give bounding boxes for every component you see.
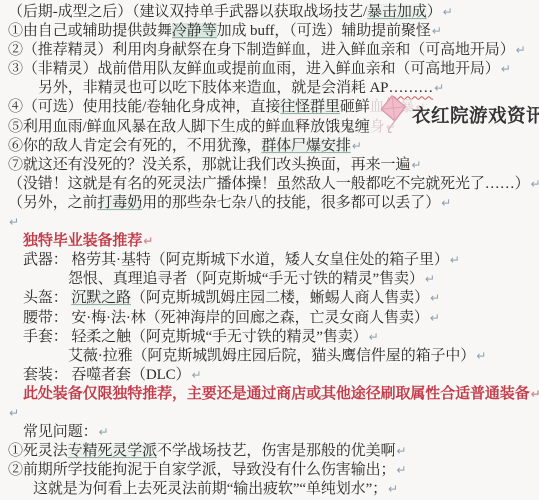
return-mark-icon: ↵ xyxy=(395,463,406,477)
return-mark-icon: ↵ xyxy=(475,349,486,363)
text-line: ①由自己或辅助提供鼓舞冷静等加成 buff，（可选）辅助提前聚怪↵ xyxy=(8,22,539,41)
text-segment: 常见问题： xyxy=(23,424,98,440)
text-segment: 腰带： 安·梅·法·林（死神海岸的回廊之森，亡灵女商人售卖） xyxy=(23,310,429,326)
text-segment: 专精死灵学派 xyxy=(68,443,157,459)
return-mark-icon: ↵ xyxy=(351,139,362,153)
text-segment: 用的那些杂七杂八的技能，很多都可以丢了） xyxy=(142,195,440,211)
return-mark-icon: ↵ xyxy=(142,234,153,248)
return-mark-icon: ↵ xyxy=(431,24,442,38)
text-line: ↵ xyxy=(8,404,539,423)
return-mark-icon: ↵ xyxy=(429,311,440,325)
text-line: 腰带： 安·梅·法·林（死神海岸的回廊之森，亡灵女商人售卖）↵ xyxy=(23,309,539,328)
text-segment: 套装： 吞噬者套（DLC） xyxy=(23,367,190,383)
return-mark-icon: ↵ xyxy=(8,215,19,229)
text-segment: 沉默之路 xyxy=(71,290,131,306)
return-mark-icon: ↵ xyxy=(410,158,421,172)
text-segment: 群体尸爆安排 xyxy=(261,138,350,154)
text-segment: （没错！这就是有名的死灵法广播体操！虽然敌人一般都吃不完就死光了……） xyxy=(8,176,530,192)
text-line: ②前期所学技能拘泥于自家学派，导致没有什么伤害输出；↵ xyxy=(8,461,539,480)
text-line: （没错！这就是有名的死灵法广播体操！虽然敌人一般都吃不完就死光了……）↵ xyxy=(8,175,539,194)
return-mark-icon: ↵ xyxy=(368,330,379,344)
text-segment: ） xyxy=(427,4,442,20)
text-line: 怨恨、真理追寻者（阿克斯城“手无寸铁的精灵”售卖）↵ xyxy=(68,270,539,289)
return-mark-icon: ↵ xyxy=(395,444,406,458)
text-segment: ④（可选）使用技能/卷轴化身成神，直接 xyxy=(8,99,280,115)
text-line: ⑥你的敌人肯定会有死的，不用犹豫，群体尸爆安排↵ xyxy=(8,137,539,156)
text-segment: （后期-成型之后）（建议双持单手武器以获取战场技艺/ xyxy=(8,4,367,20)
return-mark-icon: ↵ xyxy=(530,387,539,401)
text-segment: ②前期所学技能拘泥于自家学派，导致没有什么伤害输出； xyxy=(8,462,395,478)
text-segment: 砸鲜 xyxy=(340,99,370,115)
text-segment: （阿克斯城凯姆庄园二楼，蜥蜴人商人售卖） xyxy=(131,290,429,306)
return-mark-icon: ↵ xyxy=(515,43,526,57)
kite-icon xyxy=(376,92,412,135)
return-mark-icon: ↵ xyxy=(424,272,435,286)
text-line: （另外，之前打毒奶用的那些杂七杂八的技能，很多都可以丢了）↵ xyxy=(8,194,539,213)
watermark-label: 衣红院游戏资讯 xyxy=(412,102,539,128)
text-segment: ①由自己或辅助提供鼓舞 xyxy=(8,23,172,39)
text-segment: 往怪群里 xyxy=(280,99,340,115)
return-mark-icon: ↵ xyxy=(387,482,398,496)
text-segment: 这就是为何看上去死灵法前期“输出疲软”“单纯划水”； xyxy=(33,481,387,497)
text-segment: ①死灵法 xyxy=(8,443,68,459)
text-line: ↵ xyxy=(8,213,539,232)
text-line: 此处装备仅限独特推荐，主要还是通过商店或其他途径刷取属性合适普通装备↵ xyxy=(23,385,539,404)
text-segment: 手套： 轻柔之触（阿克斯城“手无寸铁的精灵”售卖） xyxy=(23,329,368,345)
text-line: ②（推荐精灵）利用肉身献祭在身下制造鲜血，进入鲜血亲和（可高地开局）↵ xyxy=(8,41,539,60)
document-page: （后期-成型之后）（建议双持单手武器以获取战场技艺/暴击加成）↵①由自己或辅助提… xyxy=(0,0,539,500)
text-line: 这就是为何看上去死灵法前期“输出疲软”“单纯划水”；↵ xyxy=(33,480,539,499)
document-body: （后期-成型之后）（建议双持单手武器以获取战场技艺/暴击加成）↵①由自己或辅助提… xyxy=(0,0,539,499)
text-segment: 加成 buff，（可选）辅助提前聚怪 xyxy=(217,23,431,39)
text-segment: ③（非精灵）战前借用队友鲜血或提前血雨，进入鲜血亲和（可高地开局） xyxy=(8,61,500,77)
text-segment: 头盔： xyxy=(23,290,71,306)
text-segment: 冷静等 xyxy=(172,23,217,39)
text-segment: 打毒奶 xyxy=(97,195,142,211)
text-segment: ⑤利用血雨/鲜血风暴在敌人脚下生成的鲜血释放饿鬼缠 xyxy=(8,119,370,135)
text-line: （后期-成型之后）（建议双持单手武器以获取战场技艺/暴击加成）↵ xyxy=(8,3,539,22)
text-segment: ②（推荐精灵）利用肉身献祭在身下制造鲜血，进入鲜血亲和（可高地开局） xyxy=(8,42,515,58)
text-line: 套装： 吞噬者套（DLC）↵ xyxy=(23,366,539,385)
text-line: ③（非精灵）战前借用队友鲜血或提前血雨，进入鲜血亲和（可高地开局）↵ xyxy=(8,60,539,79)
text-line: 独特毕业装备推荐↵ xyxy=(23,232,539,251)
text-segment: 独特毕业装备推荐 xyxy=(23,233,142,249)
text-line: 艾薇·拉雅（阿克斯城凯姆庄园后院，猫头鹰信件屋的箱子中）↵ xyxy=(68,347,539,366)
return-mark-icon: ↵ xyxy=(530,177,539,191)
return-mark-icon: ↵ xyxy=(440,196,451,210)
text-line: 头盔： 沉默之路（阿克斯城凯姆庄园二楼，蜥蜴人商人售卖）↵ xyxy=(23,289,539,308)
text-segment: 暴击加成 xyxy=(367,4,427,20)
text-segment: 另外，非精灵也可以吃下肢体来造血，就是会消耗 AP xyxy=(38,80,388,96)
return-mark-icon: ↵ xyxy=(429,291,440,305)
text-line: ⑦就这还有没死的？没关系，那就让我们改头换面，再来一遍↵ xyxy=(8,156,539,175)
watermark: 衣红院游戏资讯 xyxy=(378,96,539,134)
text-segment: 不学战场技艺，伤害是那般的优美啊 xyxy=(157,443,395,459)
text-line: 武器： 格劳其·基特（阿克斯城下水道，矮人女皇住处的箱子里）↵ xyxy=(23,251,539,270)
return-mark-icon: ↵ xyxy=(442,5,453,19)
return-mark-icon: ↵ xyxy=(500,62,511,76)
text-line: 常见问题：↵ xyxy=(23,423,539,442)
text-segment: 此处装备仅限独特推荐，主要还是通过商店或其他途径刷取属性合适普通装备 xyxy=(23,386,530,402)
return-mark-icon: ↵ xyxy=(8,406,19,420)
text-line: 手套： 轻柔之触（阿克斯城“手无寸铁的精灵”售卖）↵ xyxy=(23,328,539,347)
text-line: ①死灵法专精死灵学派不学战场技艺，伤害是那般的优美啊↵ xyxy=(8,442,539,461)
return-mark-icon: ↵ xyxy=(433,81,444,95)
text-segment: 武器： 格劳其·基特（阿克斯城下水道，矮人女皇住处的箱子里） xyxy=(23,252,449,268)
return-mark-icon: ↵ xyxy=(190,368,201,382)
text-segment: 艾薇·拉雅（阿克斯城凯姆庄园后院，猫头鹰信件屋的箱子中） xyxy=(68,348,475,364)
return-mark-icon: ↵ xyxy=(449,253,460,267)
text-segment: ⑥你的敌人肯定会有死的，不用犹豫， xyxy=(8,138,261,154)
return-mark-icon: ↵ xyxy=(98,425,109,439)
text-segment: （另外，之前 xyxy=(8,195,97,211)
text-segment: 怨恨、真理追寻者（阿克斯城“手无寸铁的精灵”售卖） xyxy=(68,271,424,287)
text-segment: ⑦就这还有没死的？没关系，那就让我们改头换面，再来一遍 xyxy=(8,157,410,173)
